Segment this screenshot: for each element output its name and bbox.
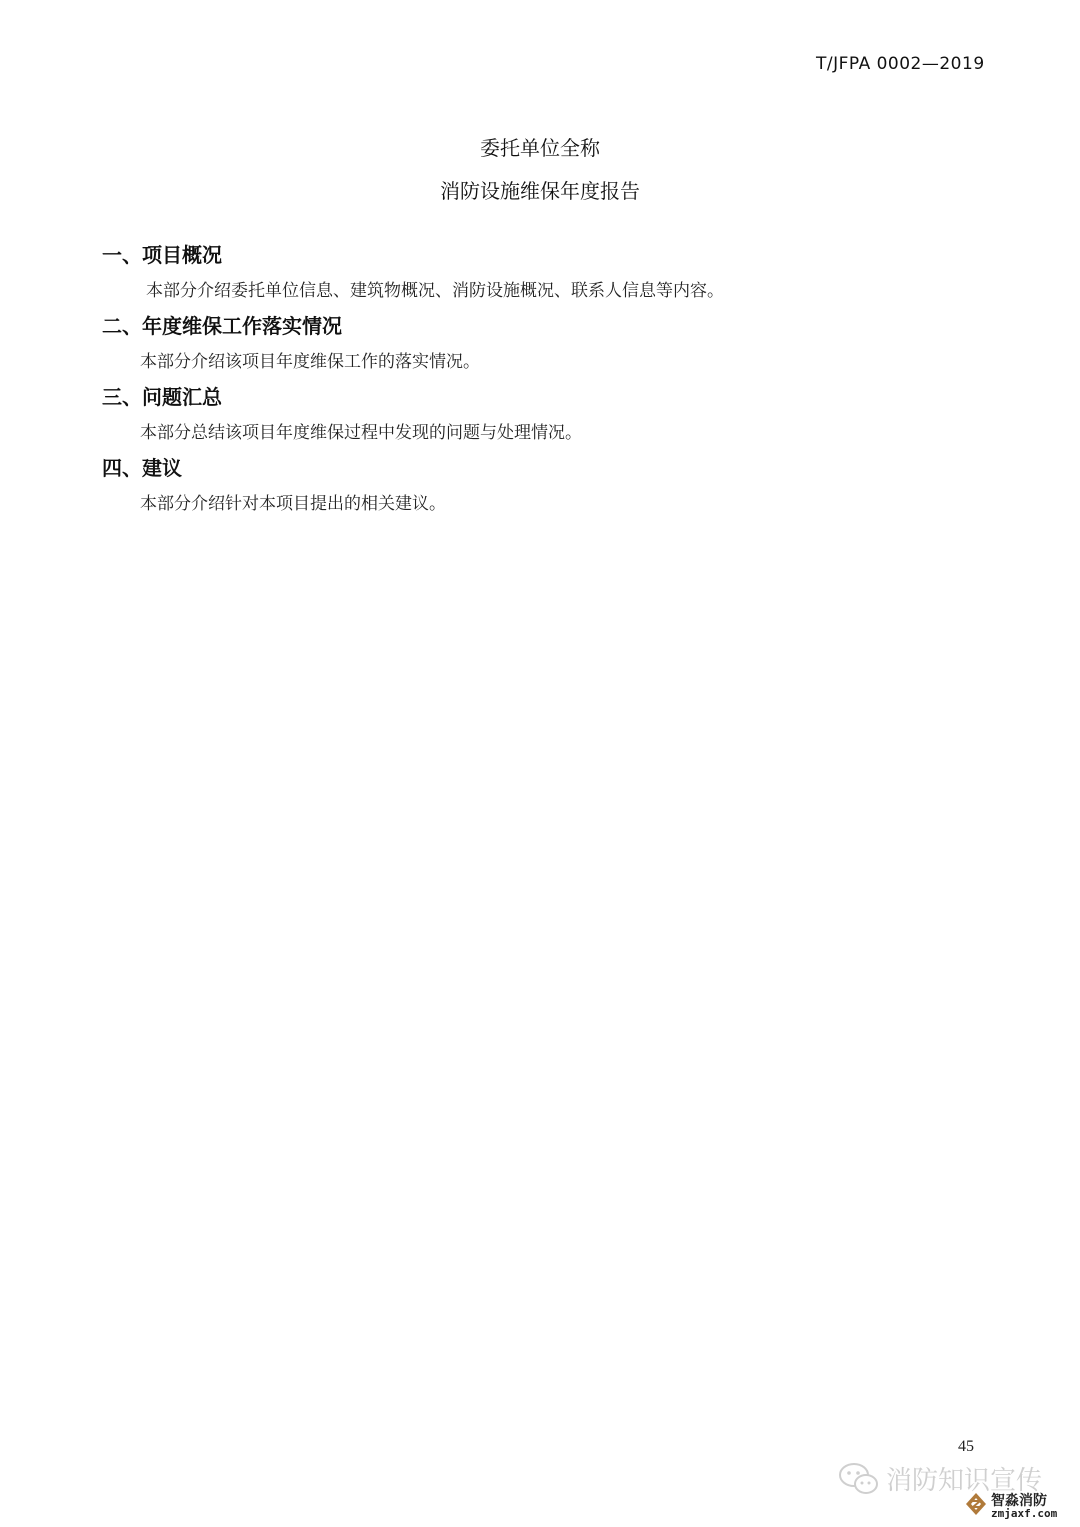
section-body-2: 本部分介绍该项目年度维保工作的落实情况。	[140, 347, 480, 372]
logo: 智淼消防 zmjaxf.com	[965, 1492, 1057, 1521]
section-heading-1: 一、项目概况	[102, 239, 222, 268]
logo-url: zmjaxf.com	[991, 1508, 1057, 1519]
section-body-3: 本部分总结该项目年度维保过程中发现的问题与处理情况。	[140, 418, 582, 443]
section-heading-3: 三、问题汇总	[102, 381, 222, 410]
document-code: T/JFPA 0002—2019	[816, 54, 985, 74]
section-body-4: 本部分介绍针对本项目提出的相关建议。	[140, 489, 446, 514]
zmjaxf-logo-icon	[965, 1492, 987, 1521]
section-body-1: 本部分介绍委托单位信息、建筑物概况、消防设施概况、联系人信息等内容。	[146, 276, 724, 301]
section-heading-2: 二、年度维保工作落实情况	[102, 310, 342, 339]
page-number: 45	[958, 1438, 974, 1456]
section-heading-4: 四、建议	[102, 452, 182, 481]
logo-name: 智淼消防	[991, 1494, 1057, 1508]
document-title-line1: 委托单位全称	[0, 132, 1080, 161]
wechat-icon	[838, 1461, 880, 1497]
document-title-line2: 消防设施维保年度报告	[0, 175, 1080, 204]
